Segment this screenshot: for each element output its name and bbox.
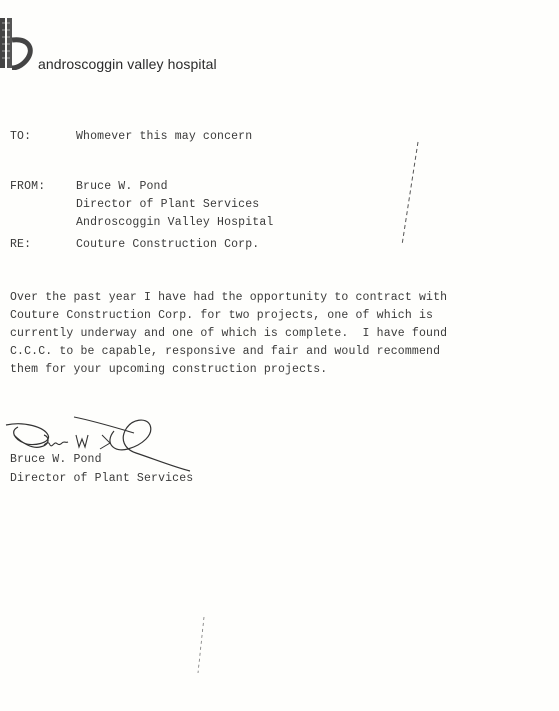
body-line: them for your upcoming construction proj… [10, 361, 447, 379]
from-label: FROM: [10, 178, 45, 196]
avh-logo-icon [0, 18, 34, 70]
to-value: Whomever this may concern [76, 128, 252, 146]
scan-artifact-line [400, 140, 420, 250]
from-name: Bruce W. Pond [76, 178, 168, 196]
body-line: currently underway and one of which is c… [10, 325, 447, 343]
from-title: Director of Plant Services [76, 196, 259, 214]
organization-name: androscoggin valley hospital [38, 56, 217, 72]
body-line: Couture Construction Corp. for two proje… [10, 307, 447, 325]
letter-body: Over the past year I have had the opport… [10, 289, 447, 379]
signatory-title: Director of Plant Services [10, 470, 193, 488]
from-organization: Androscoggin Valley Hospital [76, 214, 273, 232]
re-label: RE: [10, 236, 31, 254]
signatory-name: Bruce W. Pond [10, 451, 102, 469]
scan-artifact-line [196, 615, 206, 675]
body-line: C.C.C. to be capable, responsive and fai… [10, 343, 447, 361]
re-value: Couture Construction Corp. [76, 236, 259, 254]
to-label: TO: [10, 128, 31, 146]
body-line: Over the past year I have had the opport… [10, 289, 447, 307]
